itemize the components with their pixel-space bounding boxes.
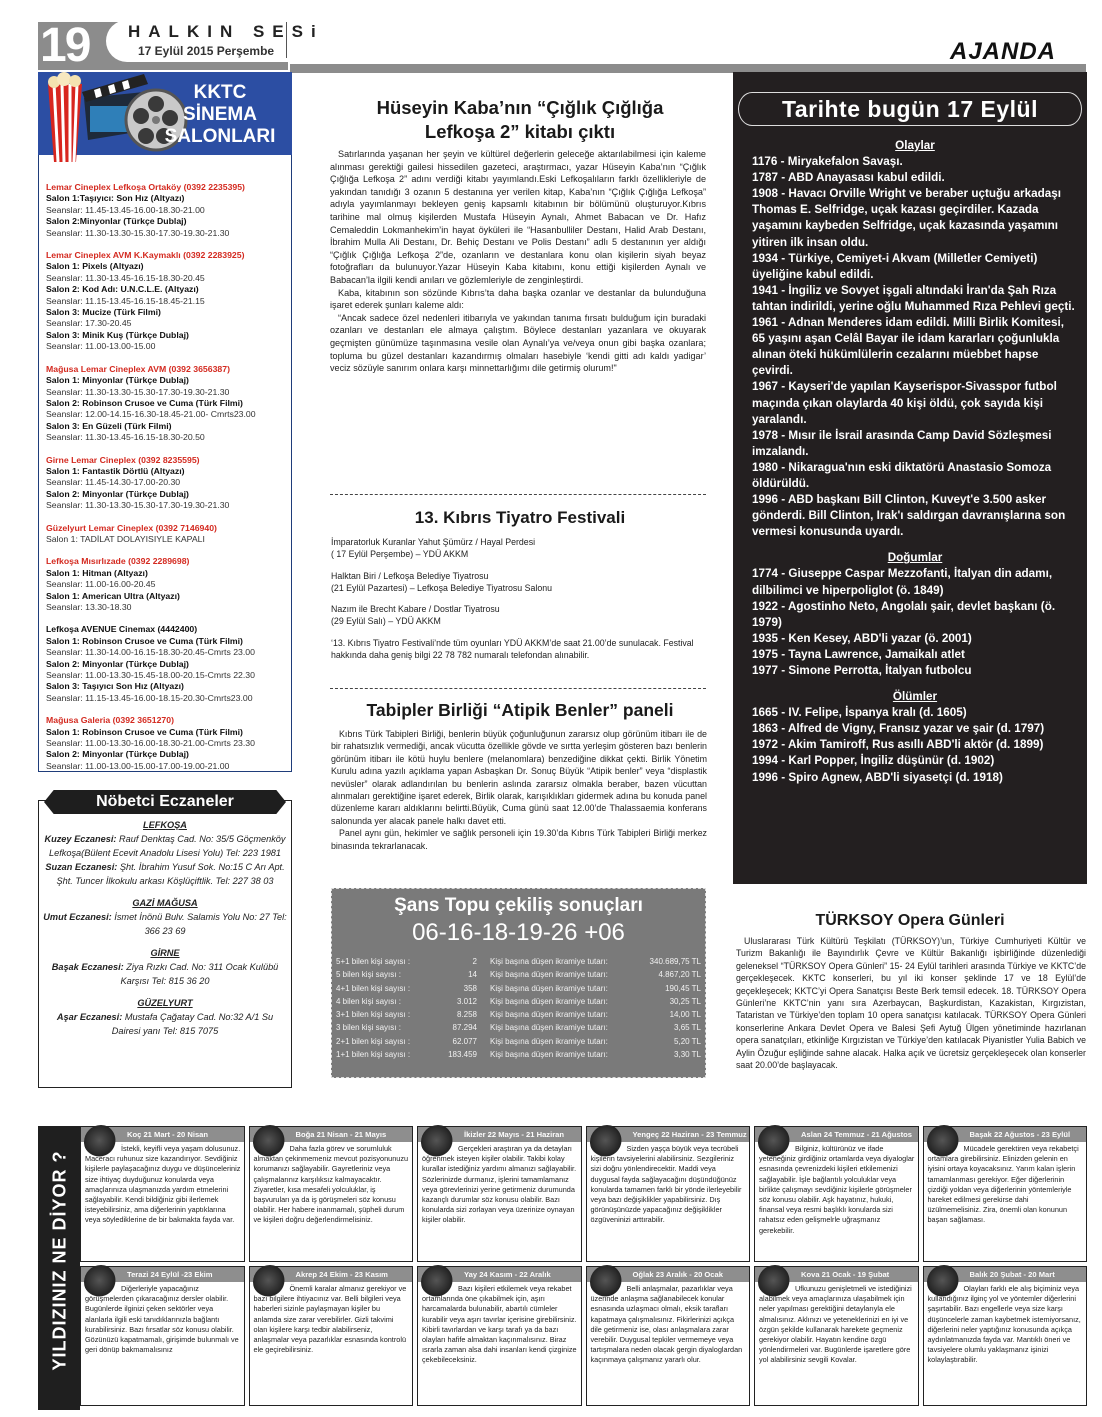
hall-title: Salon 3: En Güzeli (Türk Filmi) — [46, 421, 290, 432]
virgo-icon — [927, 1125, 961, 1159]
prize-label: Kişi başına düşen ikramiye tutarı: — [477, 1008, 625, 1021]
aquarius-icon — [758, 1265, 792, 1299]
paragraph: “Ancak sadece özel nedenleri itibarıyla … — [330, 312, 706, 375]
prize-amount: 190,45 TL — [625, 982, 701, 995]
history-item: 1972 - Akim Tamiroff, Rus asıllı ABD'li … — [752, 737, 1078, 753]
horoscope-card: Başak 22 Ağustos - 23 EylülMücadele gere… — [923, 1126, 1088, 1262]
cinema-group: Lefkoşa AVENUE Cinemax (4442400)Salon 1:… — [46, 624, 290, 704]
horoscope-card: Yengeç 22 Haziran - 23 TemmuzSizden yaşç… — [586, 1126, 751, 1262]
cinema-title: KKTC SİNEMA SALONLARI — [150, 82, 290, 148]
hall-title: Salon 1: Pixels (Altyazı) — [46, 261, 290, 272]
showtimes: Seanslar: 11.30-13.30-15.30-17.30-19.30-… — [46, 500, 290, 511]
hall-title: Salon 2: Kod Adı: U.N.C.L.E. (Altyazı) — [46, 284, 290, 295]
match-label: 1+1 bilen kişi sayısı : — [336, 1048, 439, 1061]
pharmacy-name: Umut Eczanesi: — [43, 912, 111, 922]
winner-count: 87.294 — [439, 1021, 477, 1034]
history-item: 1978 - Mısır ile İsrail arasında Camp Da… — [752, 428, 1078, 460]
showtimes: Seanslar: 11.00-16.00-20.45 — [46, 579, 290, 590]
horoscope-card: Balık 20 Şubat - 20 MartOlayları farklı … — [923, 1266, 1088, 1406]
history-item: 1994 - Karl Popper, İngiliz düşünür (d. … — [752, 753, 1078, 769]
history-item: 1975 - Tayna Lawrence, Jamaikalı atlet — [752, 647, 1078, 663]
cinema-name: Mağusa Lemar Cineplex AVM (0392 3656387) — [46, 364, 290, 375]
showtimes: Seanslar: 11.30-13.45-16.15-18.30-20.45 — [46, 273, 290, 284]
history-section-heading: Doğumlar — [752, 550, 1078, 566]
pharmacy-entry: Kuzey Eczanesi: Rauf Denktaş Cad. No: 35… — [42, 832, 288, 860]
match-label: 2+1 bilen kişi sayısı : — [336, 1035, 439, 1048]
showtimes: Seanslar: 17.30-20.45 — [46, 318, 290, 329]
newspaper-name: HALKIN SESi — [128, 22, 324, 42]
scorpio-icon — [253, 1265, 287, 1299]
cinema-listings: Lemar Cineplex Lefkoşa Ortaköy (0392 223… — [46, 182, 290, 783]
horoscope-card: Boğa 21 Nisan - 21 MayısDaha fazla görev… — [249, 1126, 414, 1262]
pharmacy-city: GÜZELYURT — [42, 996, 288, 1010]
prize-label: Kişi başına düşen ikramiye tutarı: — [477, 1035, 625, 1048]
cancer-icon — [590, 1125, 624, 1159]
hall-title: Salon 1: Fantastik Dörtlü (Altyazı) — [46, 466, 290, 477]
festival-note: ‘13. Kıbrıs Tiyatro Festivali’nde tüm oy… — [331, 637, 707, 662]
winner-count: 2 — [439, 955, 477, 968]
lottery-row: 2+1 bilen kişi sayısı :62.077Kişi başına… — [332, 1035, 705, 1048]
divider — [330, 688, 706, 689]
history-item: 1774 - Giuseppe Caspar Mezzofanti, İtaly… — [752, 566, 1078, 598]
panel-article-title: Tabipler Birliği “Atipik Benler” paneli — [325, 700, 715, 721]
hall-title: Salon 1: Hitman (Altyazı) — [46, 568, 290, 579]
hall-title: Salon 1: Robinson Crusoe ve Cuma (Türk F… — [46, 636, 290, 647]
pharmacy-title: Nöbetci Eczaneler — [44, 790, 286, 814]
play-item: İmparatorluk Kuranlar Yahut Şümürz / Hay… — [331, 536, 707, 561]
history-item: 1980 - Nikaragua'nın eski diktatörü Anas… — [752, 460, 1078, 492]
pharmacy-address: Ziya Rızkı Cad. No: 311 Ocak Kulübü Karş… — [120, 962, 278, 986]
sagittarius-icon — [421, 1265, 455, 1299]
winning-numbers: 06-16-18-19-26 +06 — [332, 919, 705, 947]
prize-label: Kişi başına düşen ikramiye tutarı: — [477, 982, 625, 995]
book-article-title: Hüseyin Kaba’nın “Çığlık Çığlığa Lefkoşa… — [325, 96, 715, 144]
paragraph: Kıbrıs Türk Tabipleri Birliği, benlerin … — [331, 728, 707, 827]
lottery-row: 5+1 bilen kişi sayısı :2Kişi başına düşe… — [332, 955, 705, 968]
cinema-group: Girne Lemar Cineplex (0392 8235595)Salon… — [46, 455, 290, 512]
showtimes: Seanslar: 11.00-13.00-15.00 — [46, 341, 290, 352]
cinema-group: Mağusa Galeria (0392 3651270)Salon 1: Ro… — [46, 715, 290, 772]
prize-amount: 3,30 TL — [625, 1048, 701, 1061]
prize-amount: 3,65 TL — [625, 1021, 701, 1034]
pharmacy-entry: Umut Eczanesi: İsmet İnönü Bulv. Salamis… — [42, 910, 288, 938]
match-label: 3 bilen kişi sayısı : — [336, 1021, 439, 1034]
header-divider — [286, 22, 287, 58]
lottery-row: 3 bilen kişi sayısı :87.294Kişi başına d… — [332, 1021, 705, 1034]
panel-article-body: Kıbrıs Türk Tabipleri Birliği, benlerin … — [331, 728, 707, 852]
horoscope-card: Akrep 24 Ekim - 23 KasımÖnemli karalar a… — [249, 1266, 414, 1406]
history-item: 1908 - Havacı Orville Wright ve beraber … — [752, 186, 1078, 250]
prize-label: Kişi başına düşen ikramiye tutarı: — [477, 1021, 625, 1034]
history-item: 1935 - Ken Kesey, ABD'li yazar (ö. 2001) — [752, 631, 1078, 647]
pharmacy-city: GİRNE — [42, 946, 288, 960]
play-item: Nazım ile Brecht Kabare / Dostlar Tiyatr… — [331, 603, 707, 628]
showtimes: Seanslar: 11.15-13.45-16.15-18.45-21.15 — [46, 296, 290, 307]
showtimes: Seanslar: 11.30-13.30-15.30-17.30-19.30-… — [46, 228, 290, 239]
paragraph: Satırlarında yaşanan her şeyin ve kültür… — [330, 148, 706, 287]
horoscope-side-title: YILDIZINIZ NE DİYOR ? — [38, 1126, 80, 1410]
match-label: 4 bilen kişi sayısı : — [336, 995, 439, 1008]
winner-count: 183.459 — [439, 1048, 477, 1061]
showtimes: Seanslar: 11.45-13.45-16.00-18.30-21.00 — [46, 205, 290, 216]
winner-count: 3.012 — [439, 995, 477, 1008]
history-section-heading: Olaylar — [752, 138, 1078, 154]
cinema-name: Lefkoşa Mısırlızade (0392 2289698) — [46, 556, 290, 567]
pharmacy-city: GAZİ MAĞUSA — [42, 896, 288, 910]
history-item: 1996 - Spiro Agnew, ABD'li siyasetçi (d.… — [752, 770, 1078, 786]
cinema-group: Mağusa Lemar Cineplex AVM (0392 3656387)… — [46, 364, 290, 444]
pharmacy-name: Başak Eczanesi: — [52, 962, 124, 972]
hall-title: Salon 3: Taşıyıcı Son Hız (Altyazı) — [46, 681, 290, 692]
aries-icon — [84, 1125, 118, 1159]
lottery-row: 3+1 bilen kişi sayısı :8.258Kişi başına … — [332, 1008, 705, 1021]
pisces-icon — [927, 1265, 961, 1299]
leo-icon — [758, 1125, 792, 1159]
pharmacy-list: LEFKOŞAKuzey Eczanesi: Rauf Denktaş Cad.… — [42, 818, 288, 1038]
showtimes: Salon 1: TADİLAT DOLAYISIYLE KAPALI — [46, 534, 290, 545]
hall-title: Salon 2: Minyonlar (Türkçe Dublaj) — [46, 659, 290, 670]
theatre-article-title: 13. Kıbrıs Tiyatro Festivali — [325, 508, 715, 528]
match-label: 5 bilen kişi sayısı : — [336, 968, 439, 981]
page-number: 19 — [40, 20, 110, 72]
hall-title: Salon 2: Minyonlar (Türkçe Dublaj) — [46, 749, 290, 760]
cinema-group: Lefkoşa Mısırlızade (0392 2289698)Salon … — [46, 556, 290, 613]
cinema-name: Lefkoşa AVENUE Cinemax (4442400) — [46, 624, 290, 635]
showtimes: Seanslar: 11.30-14.00-16.15-18.30-20.45-… — [46, 647, 290, 658]
match-label: 3+1 bilen kişi sayısı : — [336, 1008, 439, 1021]
winner-count: 14 — [439, 968, 477, 981]
history-item: 1665 - IV. Felipe, İspanya kralı (d. 160… — [752, 705, 1078, 721]
showtimes: Seanslar: 11.15-13.45-16.00-18.15-20.30-… — [46, 693, 290, 704]
cinema-name: Güzelyurt Lemar Cineplex (0392 7146940) — [46, 523, 290, 534]
match-label: 4+1 bilen kişi sayısı : — [336, 982, 439, 995]
prize-amount: 14,00 TL — [625, 1008, 701, 1021]
prize-label: Kişi başına düşen ikramiye tutarı: — [477, 968, 625, 981]
history-list: Olaylar1176 - Miryakefalon Savaşı.1787 -… — [752, 138, 1078, 786]
history-item: 1787 - ABD Anayasası kabul edildi. — [752, 170, 1078, 186]
pharmacy-entry: Başak Eczanesi: Ziya Rızkı Cad. No: 311 … — [42, 960, 288, 988]
cinema-group: Güzelyurt Lemar Cineplex (0392 7146940)S… — [46, 523, 290, 546]
showtimes: Seanslar: 11.30-13.45-16.15-18.30-20.50 — [46, 432, 290, 443]
pharmacy-name: Suzan Eczanesi: — [45, 862, 117, 872]
prize-label: Kişi başına düşen ikramiye tutarı: — [477, 955, 625, 968]
prize-amount: 30,25 TL — [625, 995, 701, 1008]
showtimes: Seanslar: 11.00-13.30-16.00-18.30-21.00-… — [46, 738, 290, 749]
winner-count: 358 — [439, 982, 477, 995]
showtimes: Seanslar: 12.00-14.15-16.30-18.45-21.00-… — [46, 409, 290, 420]
horoscope-card: Koç 21 Mart - 20 Nisanİstekli, keyifli v… — [80, 1126, 245, 1262]
horoscope-card: Oğlak 23 Aralık - 20 OcakBelli anlaşmala… — [586, 1266, 751, 1406]
history-item: 1996 - ABD başkanı Bill Clinton, Kuveyt'… — [752, 492, 1078, 540]
history-item: 1863 - Alfred de Vigny, Fransız yazar ve… — [752, 721, 1078, 737]
book-article-body: Satırlarında yaşanan her şeyin ve kültür… — [330, 148, 706, 375]
showtimes: Seanslar: 13.30-18.30 — [46, 602, 290, 613]
showtimes: Seanslar: 11.00-13.30-15.45-18.00-20.15-… — [46, 670, 290, 681]
cinema-name: Lemar Cineplex Lefkoşa Ortaköy (0392 223… — [46, 182, 290, 193]
horoscope-card: Terazi 24 Eylül -23 EkimDiğerleriyle yap… — [80, 1266, 245, 1406]
pharmacy-name: Kuzey Eczanesi: — [44, 834, 116, 844]
history-item: 1961 - Adnan Menderes idam edildi. Milli… — [752, 315, 1078, 379]
turksoy-body: Uluslararası Türk Kültürü Teşkilatı (TÜR… — [736, 935, 1086, 1071]
cinema-name: Girne Lemar Cineplex (0392 8235595) — [46, 455, 290, 466]
horoscope-card: İkizler 22 Mayıs - 21 HaziranGerçekleri … — [417, 1126, 582, 1262]
cinema-name: Mağusa Galeria (0392 3651270) — [46, 715, 290, 726]
match-label: 5+1 bilen kişi sayısı : — [336, 955, 439, 968]
history-item: 1967 - Kayseri'de yapılan Kayserispor-Si… — [752, 379, 1078, 427]
pharmacy-address: Mustafa Çağatay Cad. No:32 A/1 Su Daires… — [112, 1012, 273, 1036]
pharmacy-entry: Suzan Eczanesi: Şht. İbrahim Yusuf Sok. … — [42, 860, 288, 888]
showtimes: Seanslar: 11.00-13.00-15.00-17.00-19.00-… — [46, 761, 290, 772]
lottery-table: 5+1 bilen kişi sayısı :2Kişi başına düşe… — [332, 955, 705, 1061]
prize-amount: 5,20 TL — [625, 1035, 701, 1048]
section-title: AJANDA — [950, 38, 1056, 66]
hall-title: Salon 3: Minik Kuş (Türkçe Dublaj) — [46, 330, 290, 341]
capricorn-icon — [590, 1265, 624, 1299]
horoscope-card: Aslan 24 Temmuz - 21 AğustosBilginiz, kü… — [754, 1126, 919, 1262]
horoscope-grid: Koç 21 Mart - 20 Nisanİstekli, keyifli v… — [80, 1126, 1087, 1410]
pharmacy-city: LEFKOŞA — [42, 818, 288, 832]
play-item: Halktan Biri / Lefkoşa Belediye Tiyatros… — [331, 570, 707, 595]
gemini-icon — [421, 1125, 455, 1159]
history-item: 1176 - Miryakefalon Savaşı. — [752, 154, 1078, 170]
history-section-heading: Ölümler — [752, 689, 1078, 705]
winner-count: 62.077 — [439, 1035, 477, 1048]
pharmacy-name: Aşar Eczanesi: — [57, 1012, 122, 1022]
horoscope-card: Yay 24 Kasım - 22 AralıkBazı kişileri et… — [417, 1266, 582, 1406]
hall-title: Salon 2:Minyonlar (Türkçe Dublaj) — [46, 216, 290, 227]
hall-title: Salon 1: Minyonlar (Türkçe Dublaj) — [46, 375, 290, 386]
showtimes: Seanslar: 11.30-13.30-15.30-17.30-19.30-… — [46, 387, 290, 398]
hall-title: Salon 1: Robinson Crusoe ve Cuma (Türk F… — [46, 727, 290, 738]
libra-icon — [84, 1265, 118, 1299]
taurus-icon — [253, 1125, 287, 1159]
history-title: Tarihte bugün 17 Eylül — [738, 92, 1082, 126]
horoscope-card: Kova 21 Ocak - 19 ŞubatUfkunuzu genişlet… — [754, 1266, 919, 1406]
history-item: 1977 - Simone Perrotta, İtalyan futbolcu — [752, 663, 1078, 679]
lottery-box: Şans Topu çekiliş sonuçları 06-16-18-19-… — [331, 888, 706, 1078]
prize-amount: 4.867,20 TL — [625, 968, 701, 981]
winner-count: 8.258 — [439, 1008, 477, 1021]
pharmacy-entry: Aşar Eczanesi: Mustafa Çağatay Cad. No:3… — [42, 1010, 288, 1038]
history-item: 1941 - İngiliz ve Sovyet işgali altındak… — [752, 283, 1078, 315]
prize-amount: 340.689,75 TL — [625, 955, 701, 968]
cinema-group: Lemar Cineplex Lefkoşa Ortaköy (0392 223… — [46, 182, 290, 239]
turksoy-title: TÜRKSOY Opera Günleri — [735, 912, 1085, 930]
hall-title: Salon 2: Robinson Crusoe ve Cuma (Türk F… — [46, 398, 290, 409]
cinema-group: Lemar Cineplex AVM K.Kaymaklı (0392 2283… — [46, 250, 290, 353]
hall-title: Salon 1: American Ultra (Altyazı) — [46, 591, 290, 602]
prize-label: Kişi başına düşen ikramiye tutarı: — [477, 1048, 625, 1061]
cinema-name: Lemar Cineplex AVM K.Kaymaklı (0392 2283… — [46, 250, 290, 261]
lottery-row: 4 bilen kişi sayısı :3.012Kişi başına dü… — [332, 995, 705, 1008]
showtimes: Seanslar: 11.45-14.30-17.00-20.30 — [46, 477, 290, 488]
lottery-row: 5 bilen kişi sayısı :14Kişi başına düşen… — [332, 968, 705, 981]
history-item: 1922 - Agostinho Neto, Angolalı şair, de… — [752, 599, 1078, 631]
hall-title: Salon 1:Taşıyıcı: Son Hız (Altyazı) — [46, 193, 290, 204]
hall-title: Salon 2: Minyonlar (Türkçe Dublaj) — [46, 489, 290, 500]
lottery-row: 4+1 bilen kişi sayısı :358Kişi başına dü… — [332, 982, 705, 995]
lottery-row: 1+1 bilen kişi sayısı :183.459Kişi başın… — [332, 1048, 705, 1061]
paragraph: Kaba, kitabının son sözünde Kıbrıs’ta da… — [330, 287, 706, 312]
lottery-title: Şans Topu çekiliş sonuçları — [332, 895, 705, 917]
prize-label: Kişi başına düşen ikramiye tutarı: — [477, 995, 625, 1008]
divider — [330, 494, 706, 495]
issue-date: 17 Eylül 2015 Perşembe — [138, 44, 274, 58]
hall-title: Salon 3: Mucize (Türk Filmi) — [46, 307, 290, 318]
pharmacy-address: İsmet İnönü Bulv. Salamis Yolu No: 27 Te… — [114, 912, 286, 936]
theatre-article-body: İmparatorluk Kuranlar Yahut Şümürz / Hay… — [331, 536, 707, 661]
history-item: 1934 - Türkiye, Cemiyet-i Akvam (Milletl… — [752, 251, 1078, 283]
paragraph: Panel aynı gün, hekimler ve sağlık perso… — [331, 827, 707, 852]
